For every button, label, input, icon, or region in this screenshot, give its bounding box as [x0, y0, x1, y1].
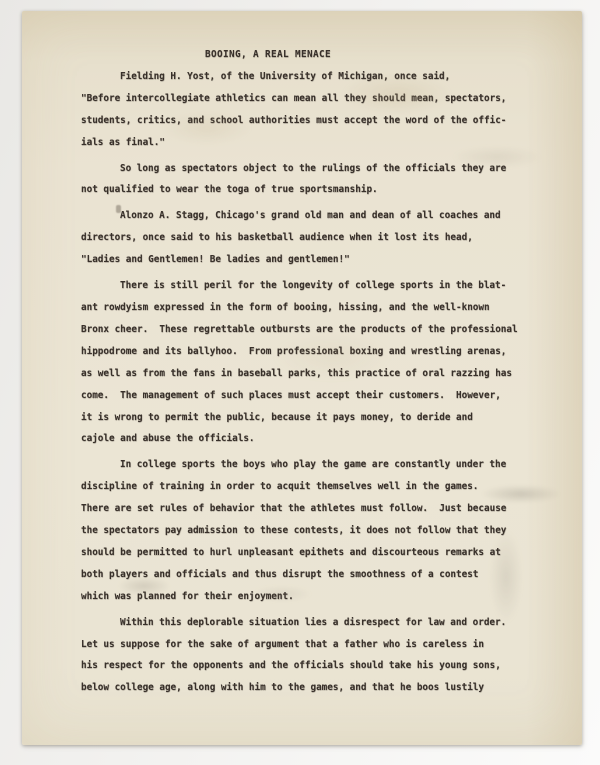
text-line: "Ladies and Gentlemen! Be ladies and gen…	[81, 249, 524, 271]
text-line: which was planned for their enjoyment.	[81, 586, 524, 608]
text-line: below college age, along with him to the…	[81, 677, 524, 699]
paper-sheet: BOOING, A REAL MENACE Fielding H. Yost, …	[22, 11, 582, 745]
text-line: discipline of training in order to acqui…	[81, 476, 524, 498]
text-line: should be permitted to hurl unpleasant e…	[81, 542, 524, 564]
text-line: the spectators pay admission to these co…	[81, 520, 524, 542]
text-line: it is wrong to permit the public, becaus…	[81, 407, 524, 429]
text-line: Bronx cheer. These regrettable outbursts…	[81, 319, 524, 341]
text-line: Alonzo A. Stagg, Chicago's grand old man…	[81, 205, 524, 227]
paragraph: Fielding H. Yost, of the University of M…	[81, 66, 524, 154]
text-line: Fielding H. Yost, of the University of M…	[81, 66, 524, 88]
paragraph: So long as spectators object to the ruli…	[81, 158, 524, 202]
screenshot-root: { "document": { "title": "BOOING, A REAL…	[0, 0, 600, 765]
text-line: students, critics, and school authoritie…	[81, 110, 524, 132]
text-line: "Before intercollegiate athletics can me…	[81, 88, 524, 110]
text-line: ials as final."	[81, 132, 524, 154]
text-line: So long as spectators object to the ruli…	[81, 158, 524, 180]
text-line: There are set rules of behavior that the…	[81, 498, 524, 520]
text-line: There is still peril for the longevity o…	[81, 275, 524, 297]
text-line: his respect for the opponents and the of…	[81, 655, 524, 677]
paragraph: In college sports the boys who play the …	[81, 454, 524, 607]
paragraph: Within this deplorable situation lies a …	[81, 612, 524, 700]
text-line: as well as from the fans in baseball par…	[81, 363, 524, 385]
text-line: directors, once said to his basketball a…	[81, 227, 524, 249]
text-line: both players and officials and thus disr…	[81, 564, 524, 586]
text-line: cajole and abuse the officials.	[81, 428, 524, 450]
document-title: BOOING, A REAL MENACE	[205, 44, 582, 66]
text-line: not qualified to wear the toga of true s…	[81, 179, 524, 201]
text-line: come. The management of such places must…	[81, 385, 524, 407]
paragraph: Alonzo A. Stagg, Chicago's grand old man…	[81, 205, 524, 271]
document-body: Fielding H. Yost, of the University of M…	[22, 66, 582, 699]
text-line: hippodrome and its ballyhoo. From profes…	[81, 341, 524, 363]
text-line: Let us suppose for the sake of argument …	[81, 634, 524, 656]
text-line: ant rowdyism expressed in the form of bo…	[81, 297, 524, 319]
text-line: In college sports the boys who play the …	[81, 454, 524, 476]
paragraph: There is still peril for the longevity o…	[81, 275, 524, 450]
scan-backdrop: BOOING, A REAL MENACE Fielding H. Yost, …	[0, 0, 600, 765]
text-line: Within this deplorable situation lies a …	[81, 612, 524, 634]
